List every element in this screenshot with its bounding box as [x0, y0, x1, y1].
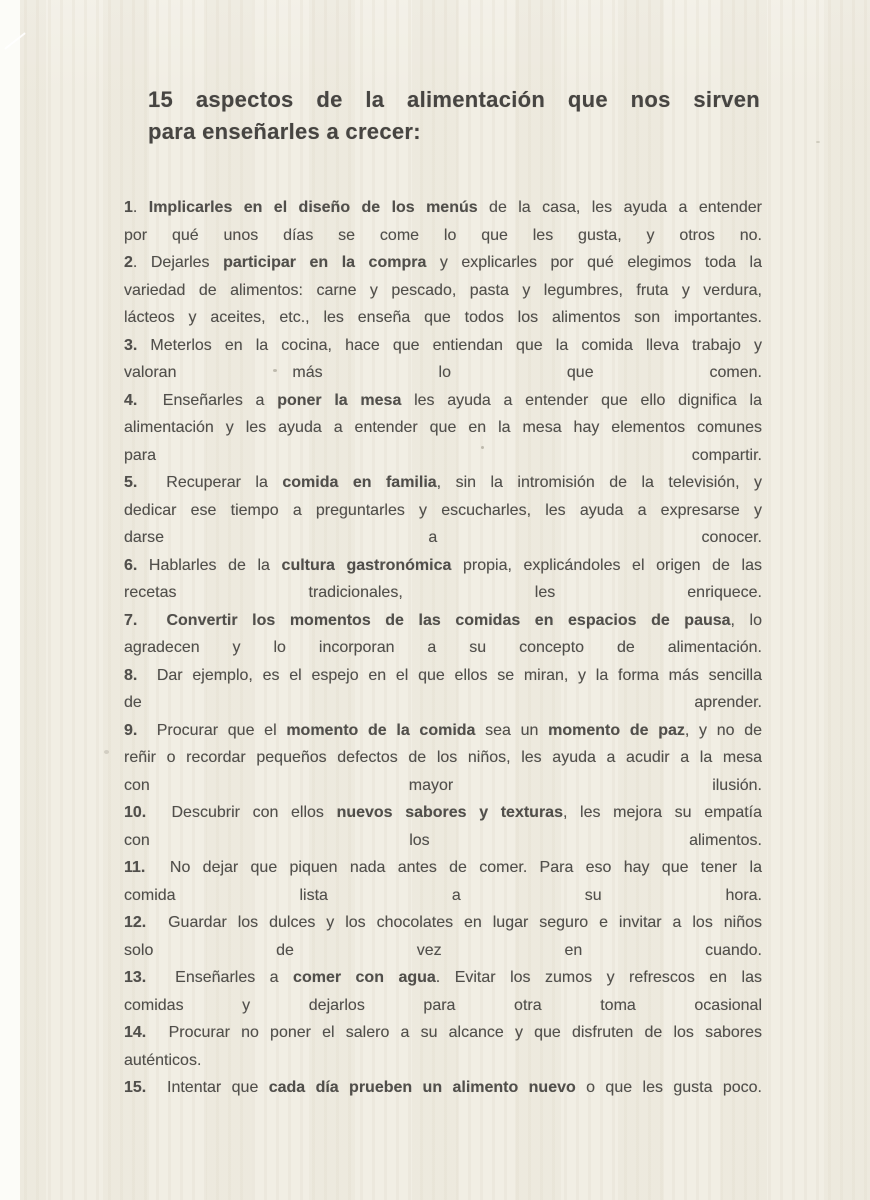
text-line: alimentación y les ayuda a entender que …	[124, 414, 762, 442]
text-line: 5. Recuperar la comida en familia, sin l…	[124, 469, 762, 497]
scan-speck	[816, 141, 820, 143]
text-line: 4. Enseñarles a poner la mesa les ayuda …	[124, 387, 762, 415]
text-line: con mayor ilusión.	[124, 772, 762, 800]
text-line: 10. Descubrir con ellos nuevos sabores y…	[124, 799, 762, 827]
list-item-4: 4. Enseñarles a poner la mesa les ayuda …	[124, 387, 762, 470]
text-line: 15. Intentar que cada día prueben un ali…	[124, 1074, 762, 1102]
scan-left-edge	[0, 0, 20, 1200]
list-item-15: 15. Intentar que cada día prueben un ali…	[124, 1074, 762, 1102]
text-line: dedicar ese tiempo a preguntarles y escu…	[124, 497, 762, 525]
text-line: darse a conocer.	[124, 524, 762, 552]
text-line: lácteos y aceites, etc., les enseña que …	[124, 304, 762, 332]
scan-speck	[104, 750, 109, 754]
text-line: valoran más lo que comen.	[124, 359, 762, 387]
text-line: 8. Dar ejemplo, es el espejo en el que e…	[124, 662, 762, 690]
text-line: para compartir.	[124, 442, 762, 470]
text-line: recetas tradicionales, les enriquece.	[124, 579, 762, 607]
list-item-1: 1. Implicarles en el diseño de los menús…	[124, 194, 762, 249]
text-line: con los alimentos.	[124, 827, 762, 855]
text-line: solo de vez en cuando.	[124, 937, 762, 965]
document-title: 15 aspectos de la alimentación que nos s…	[148, 84, 760, 148]
text-line: 1. Implicarles en el diseño de los menús…	[124, 194, 762, 222]
list-item-2: 2. Dejarles participar en la compra y ex…	[124, 249, 762, 332]
title-line-1: 15 aspectos de la alimentación que nos s…	[148, 84, 760, 116]
text-line: 6. Hablarles de la cultura gastronómica …	[124, 552, 762, 580]
scanned-page: 15 aspectos de la alimentación que nos s…	[0, 0, 870, 1200]
text-line: 13. Enseñarles a comer con agua. Evitar …	[124, 964, 762, 992]
list-item-12: 12. Guardar los dulces y los chocolates …	[124, 909, 762, 964]
text-line: 7. Convertir los momentos de las comidas…	[124, 607, 762, 635]
text-line: auténticos.	[124, 1047, 762, 1075]
list-item-10: 10. Descubrir con ellos nuevos sabores y…	[124, 799, 762, 854]
text-line: de aprender.	[124, 689, 762, 717]
text-line: por qué unos días se come lo que les gus…	[124, 222, 762, 250]
text-line: 12. Guardar los dulces y los chocolates …	[124, 909, 762, 937]
text-line: comidas y dejarlos para otra toma ocasio…	[124, 992, 762, 1020]
list-item-8: 8. Dar ejemplo, es el espejo en el que e…	[124, 662, 762, 717]
list-item-5: 5. Recuperar la comida en familia, sin l…	[124, 469, 762, 552]
text-line: 11. No dejar que piquen nada antes de co…	[124, 854, 762, 882]
text-line: agradecen y lo incorporan a su concepto …	[124, 634, 762, 662]
list-item-11: 11. No dejar que piquen nada antes de co…	[124, 854, 762, 909]
list-item-7: 7. Convertir los momentos de las comidas…	[124, 607, 762, 662]
list-item-6: 6. Hablarles de la cultura gastronómica …	[124, 552, 762, 607]
list-item-14: 14. Procurar no poner el salero a su alc…	[124, 1019, 762, 1074]
text-line: variedad de alimentos: carne y pescado, …	[124, 277, 762, 305]
text-line: 3. Meterlos en la cocina, hace que entie…	[124, 332, 762, 360]
list-item-9: 9. Procurar que el momento de la comida …	[124, 717, 762, 800]
text-line: 9. Procurar que el momento de la comida …	[124, 717, 762, 745]
list-item-3: 3. Meterlos en la cocina, hace que entie…	[124, 332, 762, 387]
text-line: 14. Procurar no poner el salero a su alc…	[124, 1019, 762, 1047]
text-line: 2. Dejarles participar en la compra y ex…	[124, 249, 762, 277]
text-line: comida lista a su hora.	[124, 882, 762, 910]
text-line: reñir o recordar pequeños defectos de lo…	[124, 744, 762, 772]
title-line-2: para enseñarles a crecer:	[148, 116, 760, 148]
list-item-13: 13. Enseñarles a comer con agua. Evitar …	[124, 964, 762, 1019]
document-body: 1. Implicarles en el diseño de los menús…	[124, 194, 762, 1102]
